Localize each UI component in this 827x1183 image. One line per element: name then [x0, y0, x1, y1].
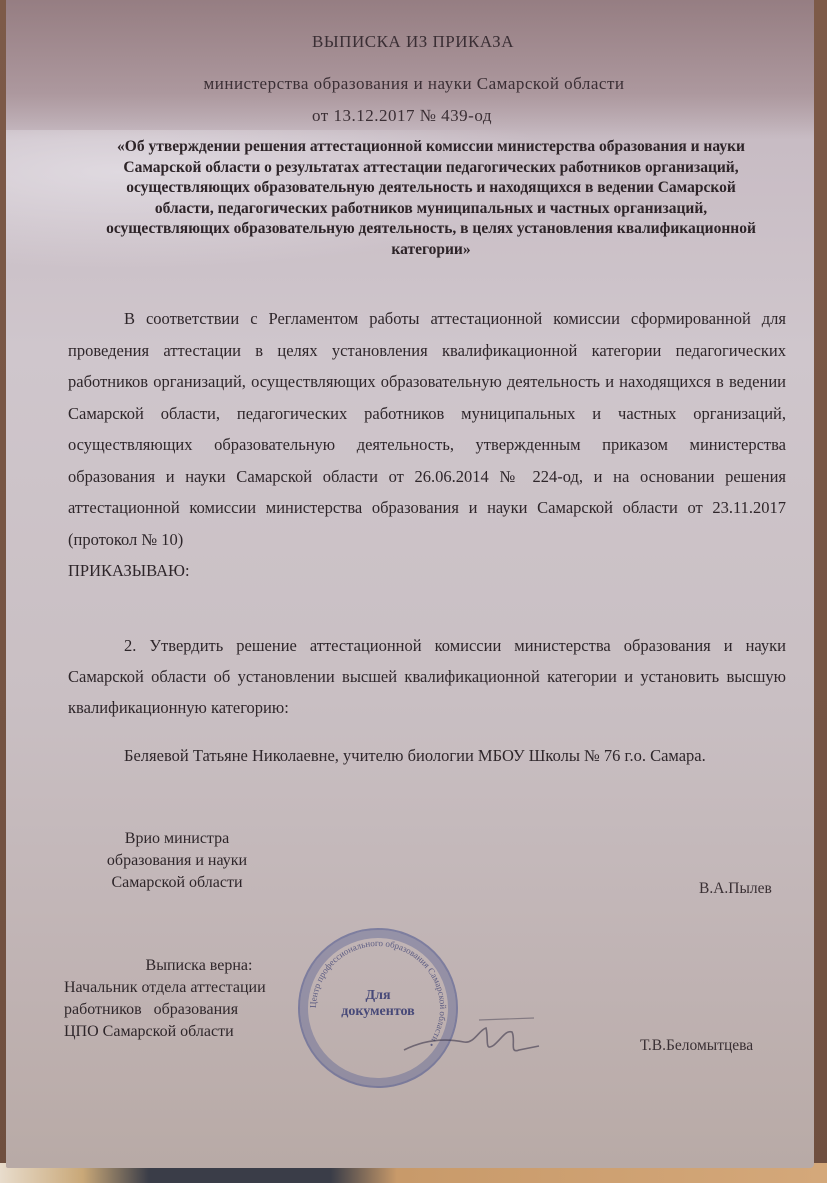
document-page: ВЫПИСКА ИЗ ПРИКАЗА министерства образова… [6, 0, 814, 1168]
signatory-position-line1: Врио министра [86, 828, 268, 850]
document-date-number: от 13.12.2017 № 439-од [6, 106, 806, 126]
certification-block: Выписка верна: Начальник отдела аттестац… [64, 955, 324, 1043]
document-title: ВЫПИСКА ИЗ ПРИКАЗА [9, 32, 814, 52]
signatory-position-line2: образования и науки [86, 850, 268, 872]
signatory-position-line3: Самарской области [86, 872, 268, 894]
signatory-block: Врио министра образования и науки Самарс… [86, 828, 268, 894]
handwritten-signature-icon [394, 1010, 544, 1070]
certification-line3: работников образования [64, 999, 324, 1021]
certifier-name: Т.В.Беломытцева [640, 1037, 753, 1055]
preamble-text: В соответствии с Регламентом работы атте… [68, 309, 786, 549]
signatory-name: В.А.Пылев [699, 880, 772, 898]
recipient-paragraph: Беляевой Татьяне Николаевне, учителю био… [68, 740, 786, 772]
document-issuer: министерства образования и науки Самарск… [10, 74, 814, 94]
preamble-paragraph: В соответствии с Регламентом работы атте… [68, 303, 786, 587]
certification-line2: Начальник отдела аттестации [64, 977, 324, 999]
certification-line1: Выписка верна: [64, 955, 324, 977]
clause-paragraph: 2. Утвердить решение аттестационной коми… [68, 630, 786, 723]
order-subject: «Об утверждении решения аттестационной к… [96, 137, 766, 260]
certification-line4: ЦПО Самарской области [64, 1021, 324, 1043]
stamp-line1: Для [300, 988, 456, 1004]
order-word: ПРИКАЗЫВАЮ: [68, 555, 786, 587]
